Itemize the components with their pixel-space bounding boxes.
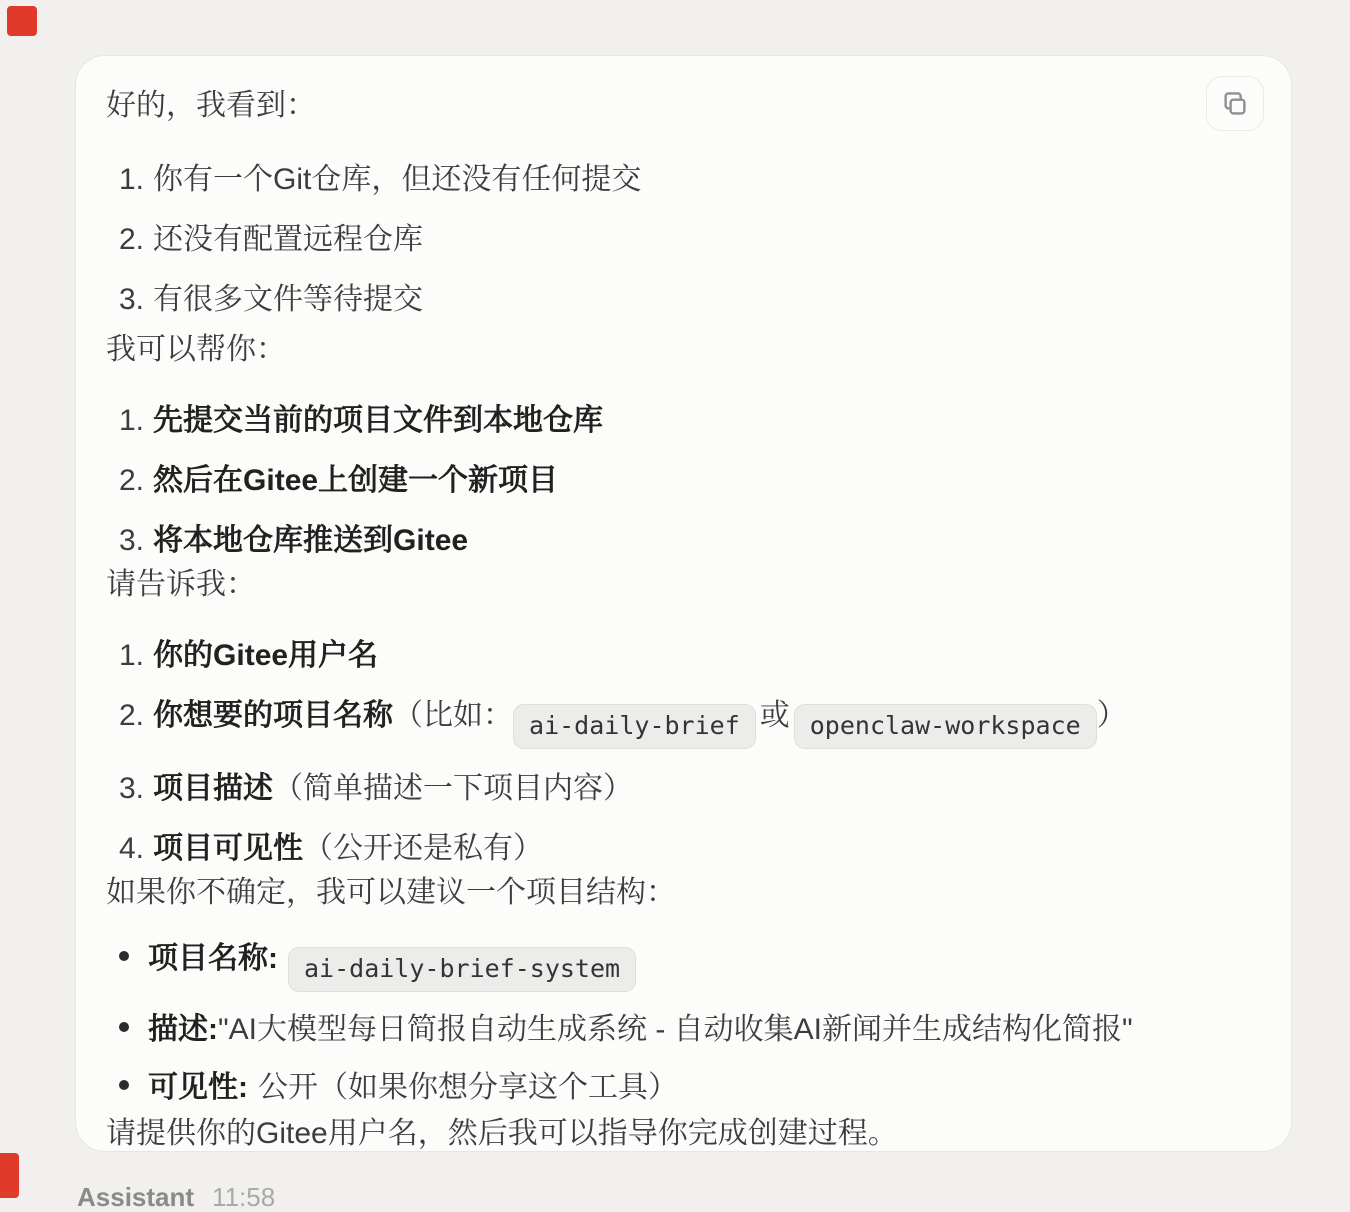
list-marker: 3. [119, 769, 144, 809]
message-body: 好的，我看到： 1.你有一个Git仓库，但还没有任何提交 2.还没有配置远程仓库… [106, 86, 1257, 1152]
list-marker: 1. [119, 160, 144, 200]
list-item-text: （比如： [393, 699, 513, 732]
list-item-text: 还没有配置远程仓库 [153, 223, 423, 256]
plan-list: 1.先提交当前的项目文件到本地仓库 2.然后在Gitee上创建一个新项目 3.将… [106, 401, 1257, 561]
suggestion-label: 描述: [148, 1013, 218, 1046]
list-item-text: 描述:"AI大模型每日简报自动生成系统 - 自动收集AI新闻并生成结构化简报" [148, 1010, 1133, 1050]
list-marker: 2. [119, 220, 144, 260]
list-item-text: 将本地仓库推送到Gitee [153, 524, 468, 557]
list-item-text: 或 [760, 699, 790, 732]
message-meta: Assistant 11:58 [77, 1182, 275, 1212]
inline-code: openclaw-workspace [794, 704, 1097, 749]
list-marker: 4. [119, 829, 144, 869]
bullet-icon [119, 1022, 129, 1032]
list-item: 1.你的Gitee用户名 [119, 636, 1257, 676]
list-marker: 3. [119, 280, 144, 320]
list-item: 描述:"AI大模型每日简报自动生成系统 - 自动收集AI新闻并生成结构化简报" [119, 1010, 1257, 1050]
list-item-text: 然后在Gitee上创建一个新项目 [153, 464, 558, 497]
list-item-text: （简单描述一下项目内容） [273, 772, 633, 805]
list-item: 2.还没有配置远程仓库 [119, 220, 1257, 260]
list-item: 2.然后在Gitee上创建一个新项目 [119, 461, 1257, 501]
copy-message-button[interactable] [1206, 76, 1264, 131]
list-marker: 1. [119, 636, 144, 676]
list-marker: 2. [119, 696, 144, 736]
red-annotation-marker-bottom [0, 1153, 19, 1198]
list-item-text: 你想要的项目名称 [153, 699, 393, 732]
bullet-icon [119, 951, 129, 961]
list-item: 2.你想要的项目名称（比如：ai-daily-brief或openclaw-wo… [119, 696, 1257, 749]
chat-page: 好的，我看到： 1.你有一个Git仓库，但还没有任何提交 2.还没有配置远程仓库… [0, 0, 1350, 1212]
list-item-text: 你的Gitee用户名 [153, 639, 378, 672]
list-item: 1.你有一个Git仓库，但还没有任何提交 [119, 160, 1257, 200]
suggestion-label: 可见性: [148, 1071, 248, 1104]
ask-lead-paragraph: 请告诉我： [106, 565, 1257, 605]
list-item: 1.先提交当前的项目文件到本地仓库 [119, 401, 1257, 441]
inline-code: ai-daily-brief-system [288, 947, 636, 992]
list-item: 3.有很多文件等待提交 [119, 280, 1257, 320]
observations-list: 1.你有一个Git仓库，但还没有任何提交 2.还没有配置远程仓库 3.有很多文件… [106, 160, 1257, 320]
list-item-text: 项目名称:ai-daily-brief-system [148, 939, 636, 992]
list-item-text: 项目描述 [153, 772, 273, 805]
suggestion-lead-paragraph: 如果你不确定，我可以建议一个项目结构： [106, 873, 1257, 913]
list-item-text: 项目可见性 [153, 832, 303, 865]
closing-paragraph: 请提供你的Gitee用户名，然后我可以指导你完成创建过程。 [106, 1114, 1257, 1152]
list-item-text: （公开还是私有） [303, 832, 543, 865]
list-item-text: ） [1097, 699, 1127, 732]
red-annotation-marker-top [7, 6, 37, 36]
list-item-text: 你有一个Git仓库，但还没有任何提交 [153, 163, 641, 196]
list-item: 3.项目描述（简单描述一下项目内容） [119, 769, 1257, 809]
intro-paragraph: 好的，我看到： [106, 86, 1257, 126]
list-marker: 3. [119, 521, 144, 561]
list-marker: 2. [119, 461, 144, 501]
sender-role-label: Assistant [77, 1182, 194, 1212]
list-item-text: 可见性:公开（如果你想分享这个工具） [148, 1068, 678, 1108]
message-timestamp: 11:58 [212, 1182, 275, 1212]
suggestion-text: 公开（如果你想分享这个工具） [258, 1071, 678, 1104]
offer-lead-paragraph: 我可以帮你： [106, 330, 1257, 370]
suggestion-text: "AI大模型每日简报自动生成系统 - 自动收集AI新闻并生成结构化简报" [218, 1013, 1133, 1046]
list-item: 可见性:公开（如果你想分享这个工具） [119, 1068, 1257, 1108]
suggestion-label: 项目名称: [148, 942, 278, 975]
list-marker: 1. [119, 401, 144, 441]
suggestions-list: 项目名称:ai-daily-brief-system 描述:"AI大模型每日简报… [106, 939, 1257, 1108]
questions-list: 1.你的Gitee用户名 2.你想要的项目名称（比如：ai-daily-brie… [106, 636, 1257, 869]
list-item: 3.将本地仓库推送到Gitee [119, 521, 1257, 561]
list-item-text: 先提交当前的项目文件到本地仓库 [153, 404, 603, 437]
inline-code: ai-daily-brief [513, 704, 756, 749]
bullet-icon [119, 1080, 129, 1090]
list-item-text: 有很多文件等待提交 [153, 283, 423, 316]
copy-icon [1220, 89, 1250, 119]
list-item: 项目名称:ai-daily-brief-system [119, 939, 1257, 992]
assistant-message-card: 好的，我看到： 1.你有一个Git仓库，但还没有任何提交 2.还没有配置远程仓库… [75, 55, 1292, 1152]
list-item: 4.项目可见性（公开还是私有） [119, 829, 1257, 869]
